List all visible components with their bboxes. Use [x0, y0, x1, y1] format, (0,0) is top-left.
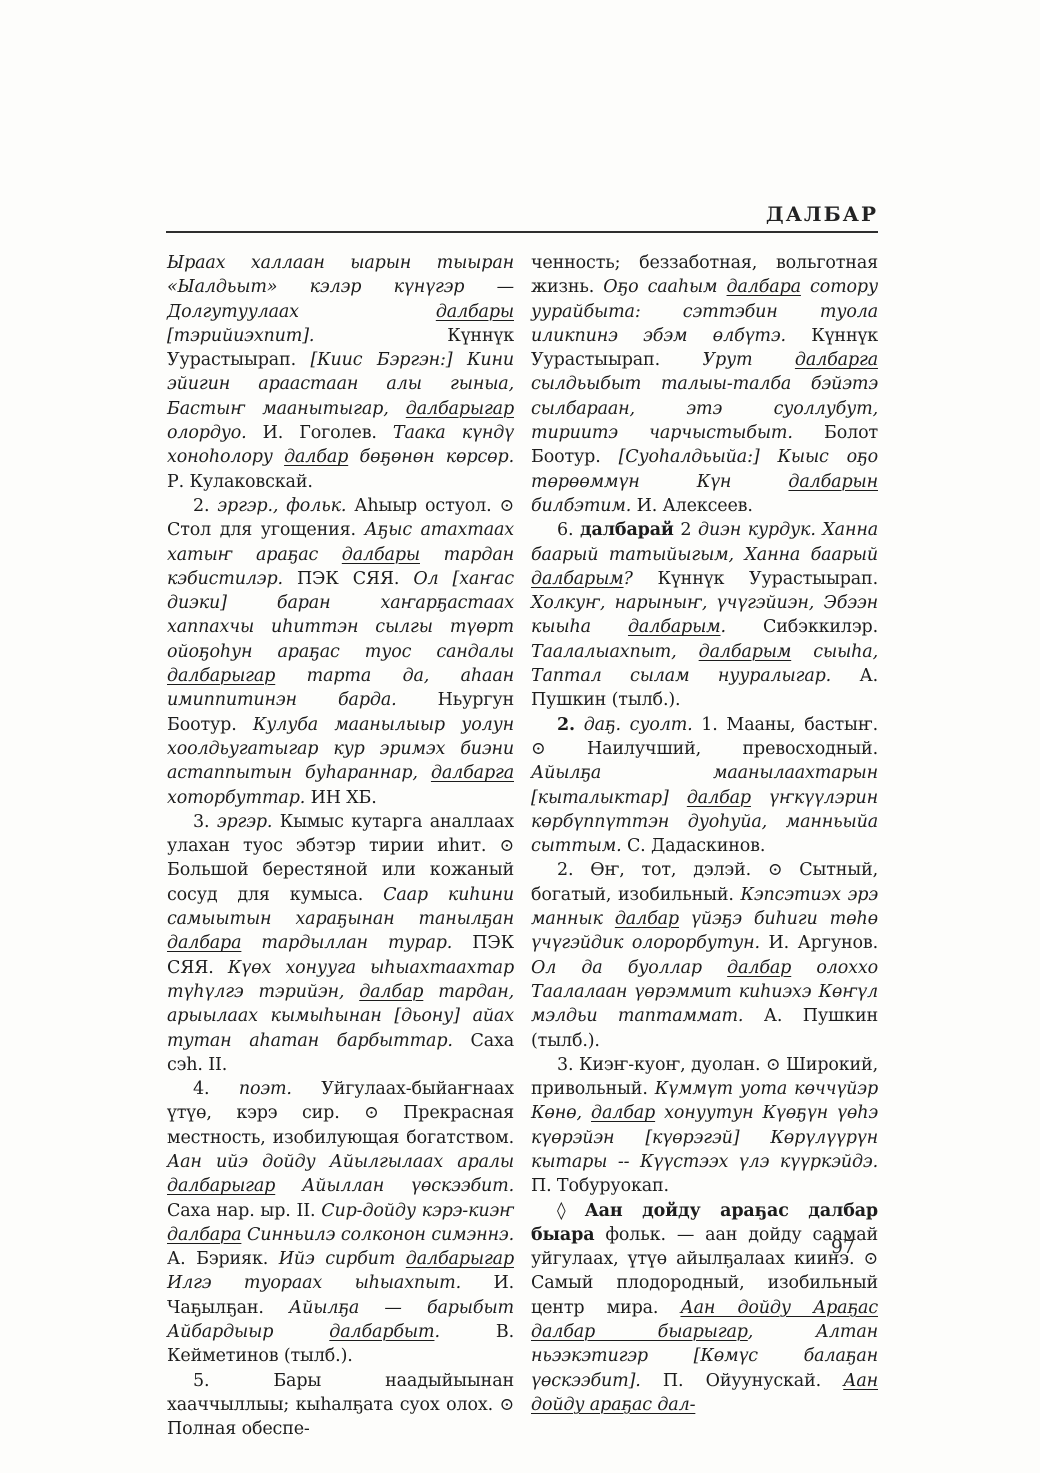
text-segment: поэт.: [239, 1079, 292, 1099]
dictionary-paragraph: 2. эргэр., фольк. Аһыыр остуол. ⊙ Стол д…: [167, 494, 514, 810]
text-segment: далбарбыт: [329, 1322, 434, 1342]
dictionary-paragraph: 5. Бары наадыйыынан хааччыллыы; кыһалҕат…: [167, 1369, 514, 1442]
text-segment: 6.: [557, 520, 580, 540]
text-segment: 2.: [557, 715, 575, 735]
text-segment: Айыллан үөскээбит.: [275, 1176, 514, 1196]
text-segment: Сибэккилэр.: [726, 617, 878, 637]
text-segment: П. Тобуруокап.: [531, 1176, 669, 1196]
left-column: Ыраах халлаан ыарын тыыран «Ыалдьыт» кэл…: [167, 251, 514, 1442]
text-segment: олордуо.: [167, 423, 247, 443]
text-segment: [575, 715, 584, 735]
text-segment: далбарай: [580, 520, 674, 540]
text-segment: 2.: [193, 496, 217, 516]
text-segment: П. Ойуунускай.: [641, 1371, 844, 1391]
dictionary-paragraph: Ыраах халлаан ыарын тыыран «Ыалдьыт» кэл…: [167, 251, 514, 494]
text-segment: даҕ. суолт.: [584, 715, 693, 735]
page-number: 97: [167, 1236, 855, 1258]
text-segment: Аан ийэ дойду Айылгылаах аралы: [167, 1152, 514, 1172]
text-segment: ПЭК СЯЯ.: [283, 569, 413, 589]
text-segment: эргэр.: [217, 812, 273, 832]
text-segment: далбар: [591, 1103, 655, 1123]
text-segment: далбарым: [628, 617, 721, 637]
text-segment: И. Алексеев.: [631, 496, 753, 516]
text-segment: Таалалыахпыт,: [531, 642, 699, 662]
text-segment: Күннүк Уурастыырап.: [633, 569, 878, 589]
dictionary-paragraph: 2. Өҥ, тот, дэлэй. ⊙ Сытный, богатый, из…: [531, 858, 878, 1052]
dictionary-paragraph: ченность; беззаботная, вольготная жизнь.…: [531, 251, 878, 518]
dictionary-paragraph: 4. поэт. Уйгулаах-быйаҥнаах үтүө, кэрэ с…: [167, 1077, 514, 1369]
text-segment: далбар: [359, 982, 423, 1002]
text-segment: С. Дадаскинов.: [622, 836, 766, 856]
text-segment: Р. Кулаковскай.: [167, 472, 313, 492]
text-segment: 5. Бары наадыйыынан хааччыллыы; кыһалҕат…: [167, 1371, 514, 1440]
text-segment: И. Аргунов.: [760, 933, 878, 953]
text-segment: далбарыгар: [167, 1176, 275, 1196]
dictionary-paragraph: ◊ Аан дойду араҕас далбар быара фольк. —…: [531, 1199, 878, 1418]
text-segment: далбар: [687, 788, 751, 808]
text-segment: 3.: [193, 812, 217, 832]
text-segment: эргэр., фольк.: [217, 496, 346, 516]
text-segment: далбарыгар: [406, 399, 514, 419]
text-segment: 2: [674, 520, 698, 540]
text-segment: Илгэ туораах ыһыахпыт.: [167, 1273, 461, 1293]
text-segment: далбары: [342, 545, 420, 565]
text-segment: [тэрийиэхпит].: [167, 326, 314, 346]
text-segment: билбэтим.: [531, 496, 631, 516]
text-segment: Сир-дойду кэрэ-киэҥ: [321, 1201, 514, 1221]
dictionary-paragraph: 3. эргэр. Кымыс кутарга аналлаах улахан …: [167, 810, 514, 1077]
text-segment: хоторбуттар.: [167, 788, 305, 808]
dictionary-page: ДАЛБАР Ыраах халлаан ыарын тыыран «Ыалдь…: [0, 0, 1040, 1473]
text-segment: тардыллан турар.: [241, 933, 452, 953]
text-segment: Оҕо сааһым: [603, 277, 726, 297]
header-rule: [166, 231, 878, 233]
text-segment: И. Гоголев.: [247, 423, 393, 443]
text-segment: далбарым: [531, 569, 624, 589]
text-segment: далбара: [167, 933, 241, 953]
text-segment: далбар: [284, 447, 348, 467]
text-segment: ◊: [557, 1201, 585, 1221]
text-segment: ИН ХБ.: [305, 788, 376, 808]
text-segment: далбарга: [431, 763, 514, 783]
dictionary-paragraph: 6. далбарай 2 диэн курдук. Ханна баарый …: [531, 518, 878, 712]
text-segment: 4.: [193, 1079, 239, 1099]
text-segment: далбара: [727, 277, 801, 297]
text-segment: далбар: [615, 909, 679, 929]
running-header: ДАЛБАР: [167, 202, 878, 226]
text-columns: Ыраах халлаан ыарын тыыран «Ыалдьыт» кэл…: [167, 251, 878, 1442]
text-segment: далбарыгар: [167, 666, 275, 686]
text-segment: далбарга: [795, 350, 878, 370]
text-segment: далбарым: [699, 642, 792, 662]
text-segment: ?: [624, 569, 633, 589]
text-segment: Урут: [702, 350, 794, 370]
right-column: ченность; беззаботная, вольготная жизнь.…: [531, 251, 878, 1442]
dictionary-paragraph: 3. Киэҥ-куоҥ, дуолан. ⊙ Широкий, приволь…: [531, 1053, 878, 1199]
dictionary-paragraph: 2. даҕ. суолт. 1. Мааны, бастыҥ. ⊙ Наилу…: [531, 713, 878, 859]
text-segment: Саха нар. ыр. II.: [167, 1201, 321, 1221]
text-segment: Ол да буоллар: [531, 958, 727, 978]
text-segment: далбар: [727, 958, 791, 978]
running-header-word: ДАЛБАР: [766, 202, 878, 226]
text-segment: бөҕөнөн көрсөр.: [348, 447, 514, 467]
text-segment: далбарын: [788, 472, 878, 492]
text-segment: далбары: [436, 302, 514, 322]
